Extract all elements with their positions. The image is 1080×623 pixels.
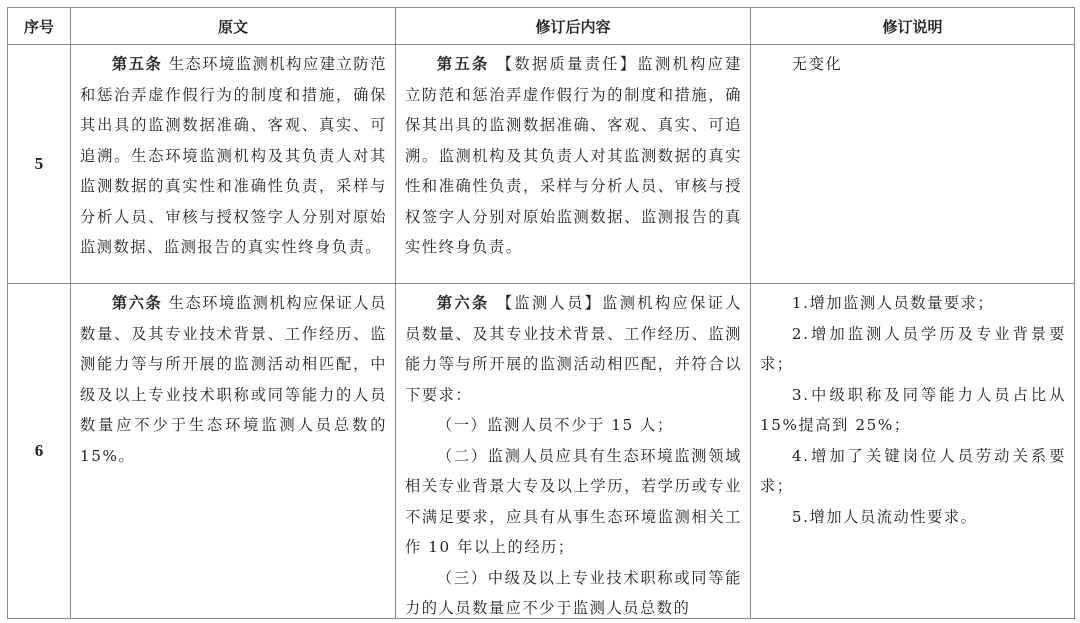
revision-note-cell: 无变化 [751,45,1075,284]
revised-content-cell: 第五条 【数据质量责任】监测机构应建立防范和惩治弄虚作假行为的制度和措施，确保其… [396,45,751,284]
article-label: 第五条 [112,55,162,73]
header-revision-note: 修订说明 [751,8,1075,45]
article-paragraph: 第五条 生态环境监测机构应建立防范和惩治弄虚作假行为的制度和措施，确保其出具的监… [80,49,387,263]
table-row: 6 第六条 生态环境监测机构应保证人员数量、及其专业技术背景、工作经历、监测能力… [8,284,1075,619]
article-paragraph: 第六条 生态环境监测机构应保证人员数量、及其专业技术背景、工作经历、监测能力等与… [80,288,387,471]
requirement-item: （一）监测人员不少于 15 人； [405,410,742,441]
table-header-row: 序号 原文 修订后内容 修订说明 [8,8,1075,45]
original-text-cell: 第六条 生态环境监测机构应保证人员数量、及其专业技术背景、工作经历、监测能力等与… [71,284,396,619]
article-text: 生态环境监测机构应保证人员数量、及其专业技术背景、工作经历、监测能力等与所开展的… [80,294,387,465]
requirement-item: （二）监测人员应具有生态环境监测领域相关专业背景大专及以上学历，若学历或专业不满… [405,441,742,563]
article-text: 【数据质量责任】监测机构应建立防范和惩治弄虚作假行为的制度和措施，确保其出具的监… [405,55,742,256]
table-row: 5 第五条 生态环境监测机构应建立防范和惩治弄虚作假行为的制度和措施，确保其出具… [8,45,1075,284]
requirement-item: （三）中级及以上专业技术职称或同等能力的人员数量应不少于监测人员总数的 [405,563,742,619]
note-line: 3.中级职称及同等能力人员占比从15%提高到 25%； [760,380,1066,441]
row-number: 6 [8,284,71,619]
header-revised-content: 修订后内容 [396,8,751,45]
header-serial-number: 序号 [8,8,71,45]
note-line: 2.增加监测人员学历及专业背景要求； [760,319,1066,380]
note-line: 4.增加了关键岗位人员劳动关系要求； [760,441,1066,502]
article-paragraph: 第五条 【数据质量责任】监测机构应建立防范和惩治弄虚作假行为的制度和措施，确保其… [405,49,742,263]
article-paragraph: 第六条 【监测人员】监测机构应保证人员数量、及其专业技术背景、工作经历、监测能力… [405,288,742,410]
note-line: 无变化 [760,49,1066,80]
revision-comparison-table: 序号 原文 修订后内容 修订说明 5 第五条 生态环境监测机构应建立防范和惩治弄… [7,7,1075,619]
row-number: 5 [8,45,71,284]
article-text: 生态环境监测机构应建立防范和惩治弄虚作假行为的制度和措施，确保其出具的监测数据准… [80,55,387,256]
article-label: 第五条 [437,55,490,73]
original-text-cell: 第五条 生态环境监测机构应建立防范和惩治弄虚作假行为的制度和措施，确保其出具的监… [71,45,396,284]
note-line: 5.增加人员流动性要求。 [760,502,1066,533]
article-label: 第六条 [437,294,490,312]
revision-note-cell: 1.增加监测人员数量要求； 2.增加监测人员学历及专业背景要求； 3.中级职称及… [751,284,1075,619]
note-line: 1.增加监测人员数量要求； [760,288,1066,319]
header-original-text: 原文 [71,8,396,45]
article-label: 第六条 [112,294,162,312]
revised-content-cell: 第六条 【监测人员】监测机构应保证人员数量、及其专业技术背景、工作经历、监测能力… [396,284,751,619]
